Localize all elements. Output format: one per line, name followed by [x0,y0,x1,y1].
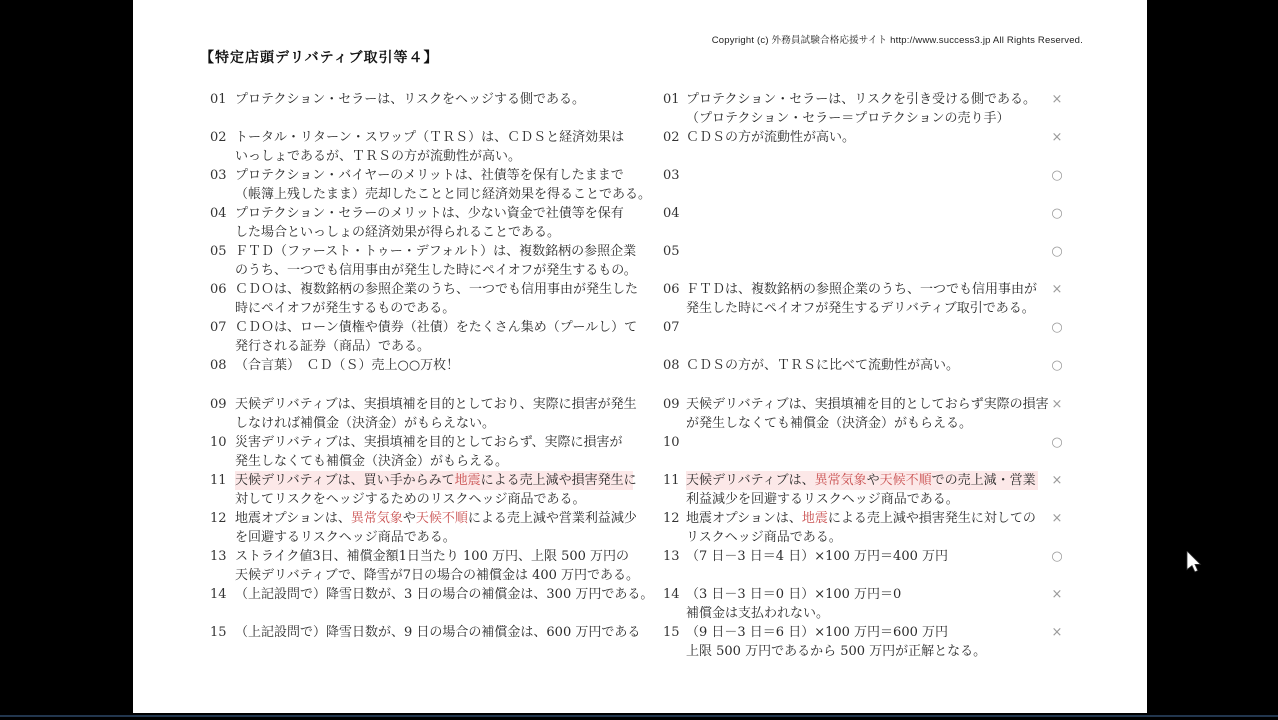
correct-mark-icon: ○ [1038,166,1076,185]
correct-mark-icon: ○ [1038,356,1076,375]
text-segment: 地震オプションは、 [686,511,802,526]
text-segment: による売上減や営業利益減少 [468,511,637,526]
text-segment: 天候デリバティブは、買い手からみて [235,473,455,488]
text-segment: ＣＤＯは、複数銘柄の参照企業のうち、一つでも信用事由が発生した [235,282,638,297]
text-line: のうち、一つでも信用事由が発生した時にペイオフが発生するもの。 [235,261,633,280]
text-line: 対してリスクをヘッジするためのリスクヘッジ商品である。 [235,490,633,509]
question-text: トータル・リターン・スワップ（ＴＲＳ）は、ＣＤＳと経済効果はいっしょであるが、Ｔ… [235,128,633,166]
wrong-mark-icon: × [1038,90,1076,109]
question-number: 05 [210,242,235,261]
text-segment: 天候デリバティブは、 [686,473,815,488]
text-line: 補償金は支払われない。 [686,604,1038,623]
question-number: 02 [210,128,235,147]
text-segment: ＣＤＳの方が、ＴＲＳに比べて流動性が高い。 [686,358,959,373]
wrong-mark-icon: × [1038,395,1076,414]
text-line: 発生した時にペイオフが発生するデリバティブ取引である。 [686,299,1038,318]
text-segment: （7 日－3 日＝4 日）×100 万円＝400 万円 [686,549,948,564]
question-text: プロテクション・セラーは、リスクをヘッジする側である。 [235,90,633,109]
answer-number: 15 [663,623,686,642]
question-text: 天候デリバティブは、買い手からみて地震による売上減や損害発生に対してリスクをヘッ… [235,471,633,509]
text-segment: 上限 500 万円であるから 500 万円が正解となる。 [686,644,986,659]
answer-number: 03 [663,166,686,185]
text-line: プロテクション・セラーのメリットは、少ない資金で社債等を保有 [235,204,633,223]
question-text: プロテクション・バイヤーのメリットは、社債等を保有したままで（帳簿上残したまま）… [235,166,633,204]
question-row-12: 12地震オプションは、異常気象や天候不順による売上減や営業利益減少を回避するリス… [210,509,1076,547]
text-segment: 利益減少を回避するリスクヘッジ商品である。 [686,492,959,507]
text-segment: 天候デリバティブは、実損填補を目的としておらず実際の損害 [686,397,1049,412]
text-segment: による売上減や損害発生に対しての [828,511,1036,526]
text-segment: （上記設問で）降雪日数が、9 日の場合の補償金は、600 万円である [235,625,640,640]
question-text: ＣＤＯは、ローン債権や債券（社債）をたくさん集め（プールし）て発行される証券（商… [235,318,633,356]
text-line: リスクヘッジ商品である。 [686,528,1038,547]
red-emphasis-text: 異常気象 [815,473,867,488]
answer-number: 14 [663,585,686,604]
question-text: 災害デリバティブは、実損填補を目的としておらず、実際に損害が発生しなくても補償金… [235,433,633,471]
text-segment: ＦＴＤ（ファースト・トゥー・デフォルト）は、複数銘柄の参照企業 [235,244,636,259]
wrong-mark-icon: × [1038,585,1076,604]
answer-number: 06 [663,280,686,299]
text-segment: 発生した時にペイオフが発生するデリバティブ取引である。 [686,301,1035,316]
answer-text: 地震オプションは、地震による売上減や損害発生に対してのリスクヘッジ商品である。 [686,509,1038,547]
question-number: 11 [210,471,235,490]
question-number: 07 [210,318,235,337]
document-page: Copyright (c) 外務員試験合格応援サイト http://www.su… [133,0,1147,713]
question-number: 12 [210,509,235,528]
text-line: （9 日－3 日＝6 日）×100 万円＝600 万円 [686,623,1038,642]
text-segment: 補償金は支払われない。 [686,606,829,621]
red-emphasis-text: 地震 [455,473,481,488]
wrong-mark-icon: × [1038,623,1076,642]
question-number: 08 [210,356,235,375]
text-line: 時にペイオフが発生するものである。 [235,299,633,318]
text-segment: 天候デリバティブは、実損填補を目的としており、実際に損害が発生 [235,397,637,412]
text-line: 地震オプションは、地震による売上減や損害発生に対しての [686,509,1038,528]
text-segment: しなければ補償金（決済金）がもらえない。 [235,416,495,431]
video-frame: Copyright (c) 外務員試験合格応援サイト http://www.su… [0,0,1278,720]
answer-text: （7 日－3 日＝4 日）×100 万円＝400 万円 [686,547,1038,566]
question-text: （上記設問で）降雪日数が、3 日の場合の補償金は、300 万円である。 [235,585,633,604]
text-line: 災害デリバティブは、実損填補を目的としておらず、実際に損害が [235,433,633,452]
text-segment: 時にペイオフが発生するものである。 [235,301,455,316]
text-line: ＣＤＯは、ローン債権や債券（社債）をたくさん集め（プールし）て [235,318,633,337]
text-line: 発生しなくても補償金（決済金）がもらえる。 [235,452,633,471]
text-line: 上限 500 万円であるから 500 万円が正解となる。 [686,642,1038,661]
text-line: した場合といっしょの経済効果が得られることである。 [235,223,633,242]
question-row-14: 14（上記設問で）降雪日数が、3 日の場合の補償金は、300 万円である。14（… [210,585,1076,623]
question-row-03: 03プロテクション・バイヤーのメリットは、社債等を保有したままで（帳簿上残したま… [210,166,1076,204]
text-segment: （合言葉） ＣＤ（Ｓ）売上○○万枚！ [235,358,459,373]
answer-number: 01 [663,90,686,109]
answer-number: 02 [663,128,686,147]
text-line: （3 日－3 日＝0 日）×100 万円＝0 [686,585,1038,604]
answer-text: ＦＴＤは、複数銘柄の参照企業のうち、一つでも信用事由が発生した時にペイオフが発生… [686,280,1038,318]
question-row-06: 06ＣＤＯは、複数銘柄の参照企業のうち、一つでも信用事由が発生した時にペイオフが… [210,280,1076,318]
question-row-11: 11天候デリバティブは、買い手からみて地震による売上減や損害発生に対してリスクを… [210,471,1076,509]
text-line: 天候デリバティブは、買い手からみて地震による売上減や損害発生に [235,471,633,490]
question-number: 01 [210,90,235,109]
text-segment: や [403,511,416,526]
text-segment: を回避するリスクヘッジ商品である。 [235,530,456,545]
answer-number: 13 [663,547,686,566]
answer-text: プロテクション・セラーは、リスクを引き受ける側である。（プロテクション・セラー＝… [686,90,1038,128]
answer-text: ＣＤＳの方が、ＴＲＳに比べて流動性が高い。 [686,356,1038,375]
text-segment: プロテクション・セラーのメリットは、少ない資金で社債等を保有 [235,206,624,221]
text-line: （合言葉） ＣＤ（Ｓ）売上○○万枚！ [235,356,633,375]
correct-mark-icon: ○ [1038,433,1076,452]
text-segment: （上記設問で）降雪日数が、3 日の場合の補償金は、300 万円である。 [235,587,653,602]
text-segment: のうち、一つでも信用事由が発生した時にペイオフが発生するもの。 [235,263,637,278]
wrong-mark-icon: × [1038,471,1076,490]
red-emphasis-text: 異常気象 [351,511,403,526]
text-segment: による売上減や損害発生に [481,473,637,488]
text-line: 天候デリバティブは、実損填補を目的としておらず実際の損害 [686,395,1038,414]
question-row-13: 13ストライク値3日、補償金額1日当たり 100 万円、上限 500 万円の天候… [210,547,1076,585]
text-line: ストライク値3日、補償金額1日当たり 100 万円、上限 500 万円の [235,547,633,566]
text-line: ＣＤＳの方が流動性が高い。 [686,128,1038,147]
question-number: 15 [210,623,235,642]
question-answer-list: 01プロテクション・セラーは、リスクをヘッジする側である。01プロテクション・セ… [210,90,1076,661]
question-row-10: 10災害デリバティブは、実損填補を目的としておらず、実際に損害が発生しなくても補… [210,433,1076,471]
text-segment: （9 日－3 日＝6 日）×100 万円＝600 万円 [686,625,948,640]
text-line: プロテクション・セラーは、リスクを引き受ける側である。 [686,90,1038,109]
text-line: ＦＴＤ（ファースト・トゥー・デフォルト）は、複数銘柄の参照企業 [235,242,633,261]
text-segment: や [867,473,880,488]
text-line: （7 日－3 日＝4 日）×100 万円＝400 万円 [686,547,1038,566]
question-text: （合言葉） ＣＤ（Ｓ）売上○○万枚！ [235,356,633,375]
text-line: （上記設問で）降雪日数が、3 日の場合の補償金は、300 万円である。 [235,585,633,604]
answer-number: 05 [663,242,686,261]
text-segment: 対してリスクをヘッジするためのリスクヘッジ商品である。 [235,492,585,507]
text-segment: 発生しなくても補償金（決済金）がもらえる。 [235,454,508,469]
text-line: 地震オプションは、異常気象や天候不順による売上減や営業利益減少 [235,509,633,528]
text-line: （帳簿上残したまま）売却したことと同じ経済効果を得ることである。 [235,185,633,204]
answer-number: 09 [663,395,686,414]
text-segment: プロテクション・セラーは、リスクをヘッジする側である。 [235,92,585,107]
answer-text: 天候デリバティブは、異常気象や天候不順での売上減・営業利益減少を回避するリスクヘ… [686,471,1038,509]
text-line: 天候デリバティブは、異常気象や天候不順での売上減・営業 [686,471,1038,490]
correct-mark-icon: ○ [1038,242,1076,261]
correct-mark-icon: ○ [1038,547,1076,566]
text-segment: ストライク値3日、補償金額1日当たり 100 万円、上限 500 万円の [235,549,629,564]
copyright-text: Copyright (c) 外務員試験合格応援サイト http://www.su… [712,32,1083,46]
question-text: プロテクション・セラーのメリットは、少ない資金で社債等を保有した場合といっしょの… [235,204,633,242]
wrong-mark-icon: × [1038,280,1076,299]
wrong-mark-icon: × [1038,509,1076,528]
text-segment: （プロテクション・セラー＝プロテクションの売り手） [686,111,1009,126]
question-number: 09 [210,395,235,414]
text-segment: プロテクション・バイヤーのメリットは、社債等を保有したままで [235,168,624,183]
text-line: ＣＤＳの方が、ＴＲＳに比べて流動性が高い。 [686,356,1038,375]
question-number: 04 [210,204,235,223]
page-title: 【特定店頭デリバティブ取引等４】 [200,47,438,67]
text-line: トータル・リターン・スワップ（ＴＲＳ）は、ＣＤＳと経済効果は [235,128,633,147]
question-number: 13 [210,547,235,566]
text-line: を回避するリスクヘッジ商品である。 [235,528,633,547]
text-segment: した場合といっしょの経済効果が得られることである。 [235,225,560,240]
red-emphasis-text: 天候不順 [416,511,468,526]
question-row-08: 08（合言葉） ＣＤ（Ｓ）売上○○万枚！08ＣＤＳの方が、ＴＲＳに比べて流動性が… [210,356,1076,375]
answer-text: 天候デリバティブは、実損填補を目的としておらず実際の損害が発生しなくても補償金（… [686,395,1038,433]
question-text: ＣＤＯは、複数銘柄の参照企業のうち、一つでも信用事由が発生した時にペイオフが発生… [235,280,633,318]
question-text: ＦＴＤ（ファースト・トゥー・デフォルト）は、複数銘柄の参照企業のうち、一つでも信… [235,242,633,280]
question-number: 14 [210,585,235,604]
text-line: 天候デリバティブで、降雪が7日の場合の補償金は 400 万円である。 [235,566,633,585]
bottom-divider-line [0,715,1278,717]
question-number: 10 [210,433,235,452]
answer-number: 11 [663,471,686,490]
text-segment: トータル・リターン・スワップ（ＴＲＳ）は、ＣＤＳと経済効果は [235,130,624,145]
wrong-mark-icon: × [1038,128,1076,147]
question-text: 地震オプションは、異常気象や天候不順による売上減や営業利益減少を回避するリスクヘ… [235,509,633,547]
answer-number: 07 [663,318,686,337]
text-line: ＣＤＯは、複数銘柄の参照企業のうち、一つでも信用事由が発生した [235,280,633,299]
text-segment: 天候デリバティブで、降雪が7日の場合の補償金は 400 万円である。 [235,568,639,583]
mouse-cursor [1186,551,1208,575]
text-segment: リスクヘッジ商品である。 [686,530,842,545]
question-text: （上記設問で）降雪日数が、9 日の場合の補償金は、600 万円である [235,623,633,642]
text-line: プロテクション・バイヤーのメリットは、社債等を保有したままで [235,166,633,185]
text-line: プロテクション・セラーは、リスクをヘッジする側である。 [235,90,633,109]
question-row-02: 02トータル・リターン・スワップ（ＴＲＳ）は、ＣＤＳと経済効果はいっしょであるが… [210,128,1076,166]
question-row-09: 09天候デリバティブは、実損填補を目的としており、実際に損害が発生しなければ補償… [210,395,1076,433]
question-row-04: 04プロテクション・セラーのメリットは、少ない資金で社債等を保有した場合といっし… [210,204,1076,242]
text-line: ＦＴＤは、複数銘柄の参照企業のうち、一つでも信用事由が [686,280,1038,299]
text-line: （プロテクション・セラー＝プロテクションの売り手） [686,109,1038,128]
text-segment: いっしょであるが、ＴＲＳの方が流動性が高い。 [235,149,521,164]
text-segment: ＣＤＳの方が流動性が高い。 [686,130,855,145]
text-line: いっしょであるが、ＴＲＳの方が流動性が高い。 [235,147,633,166]
answer-text: （9 日－3 日＝6 日）×100 万円＝600 万円上限 500 万円であるか… [686,623,1038,661]
answer-number: 12 [663,509,686,528]
text-segment: 発行される証券（商品）である。 [235,339,430,354]
answer-number: 04 [663,204,686,223]
answer-text: ＣＤＳの方が流動性が高い。 [686,128,1038,147]
red-emphasis-text: 地震 [802,511,828,526]
correct-mark-icon: ○ [1038,204,1076,223]
text-line: 発行される証券（商品）である。 [235,337,633,356]
text-line: 利益減少を回避するリスクヘッジ商品である。 [686,490,1038,509]
question-number: 03 [210,166,235,185]
question-row-01: 01プロテクション・セラーは、リスクをヘッジする側である。01プロテクション・セ… [210,90,1076,128]
answer-number: 10 [663,433,686,452]
question-row-07: 07ＣＤＯは、ローン債権や債券（社債）をたくさん集め（プールし）て発行される証券… [210,318,1076,356]
question-text: ストライク値3日、補償金額1日当たり 100 万円、上限 500 万円の天候デリ… [235,547,633,585]
question-text: 天候デリバティブは、実損填補を目的としており、実際に損害が発生しなければ補償金（… [235,395,633,433]
text-line: しなければ補償金（決済金）がもらえない。 [235,414,633,433]
text-line: （上記設問で）降雪日数が、9 日の場合の補償金は、600 万円である [235,623,633,642]
red-emphasis-text: 天候不順 [880,473,932,488]
text-segment: での売上減・営業 [932,473,1036,488]
text-segment: ＣＤＯは、ローン債権や債券（社債）をたくさん集め（プールし）て [235,320,637,335]
question-number: 06 [210,280,235,299]
text-segment: ＦＴＤは、複数銘柄の参照企業のうち、一つでも信用事由が [686,282,1037,297]
text-segment: 地震オプションは、 [235,511,351,526]
answer-number: 08 [663,356,686,375]
question-row-05: 05ＦＴＤ（ファースト・トゥー・デフォルト）は、複数銘柄の参照企業のうち、一つで… [210,242,1076,280]
text-segment: 災害デリバティブは、実損填補を目的としておらず、実際に損害が [235,435,623,450]
text-segment: が発生しなくても補償金（決済金）がもらえる。 [686,416,972,431]
text-line: 天候デリバティブは、実損填補を目的としており、実際に損害が発生 [235,395,633,414]
text-segment: （3 日－3 日＝0 日）×100 万円＝0 [686,587,901,602]
text-segment: プロテクション・セラーは、リスクを引き受ける側である。 [686,92,1036,107]
correct-mark-icon: ○ [1038,318,1076,337]
text-segment: （帳簿上残したまま）売却したことと同じ経済効果を得ることである。 [235,187,651,202]
answer-text: （3 日－3 日＝0 日）×100 万円＝0補償金は支払われない。 [686,585,1038,623]
text-line: が発生しなくても補償金（決済金）がもらえる。 [686,414,1038,433]
question-row-15: 15（上記設問で）降雪日数が、9 日の場合の補償金は、600 万円である15（9… [210,623,1076,661]
